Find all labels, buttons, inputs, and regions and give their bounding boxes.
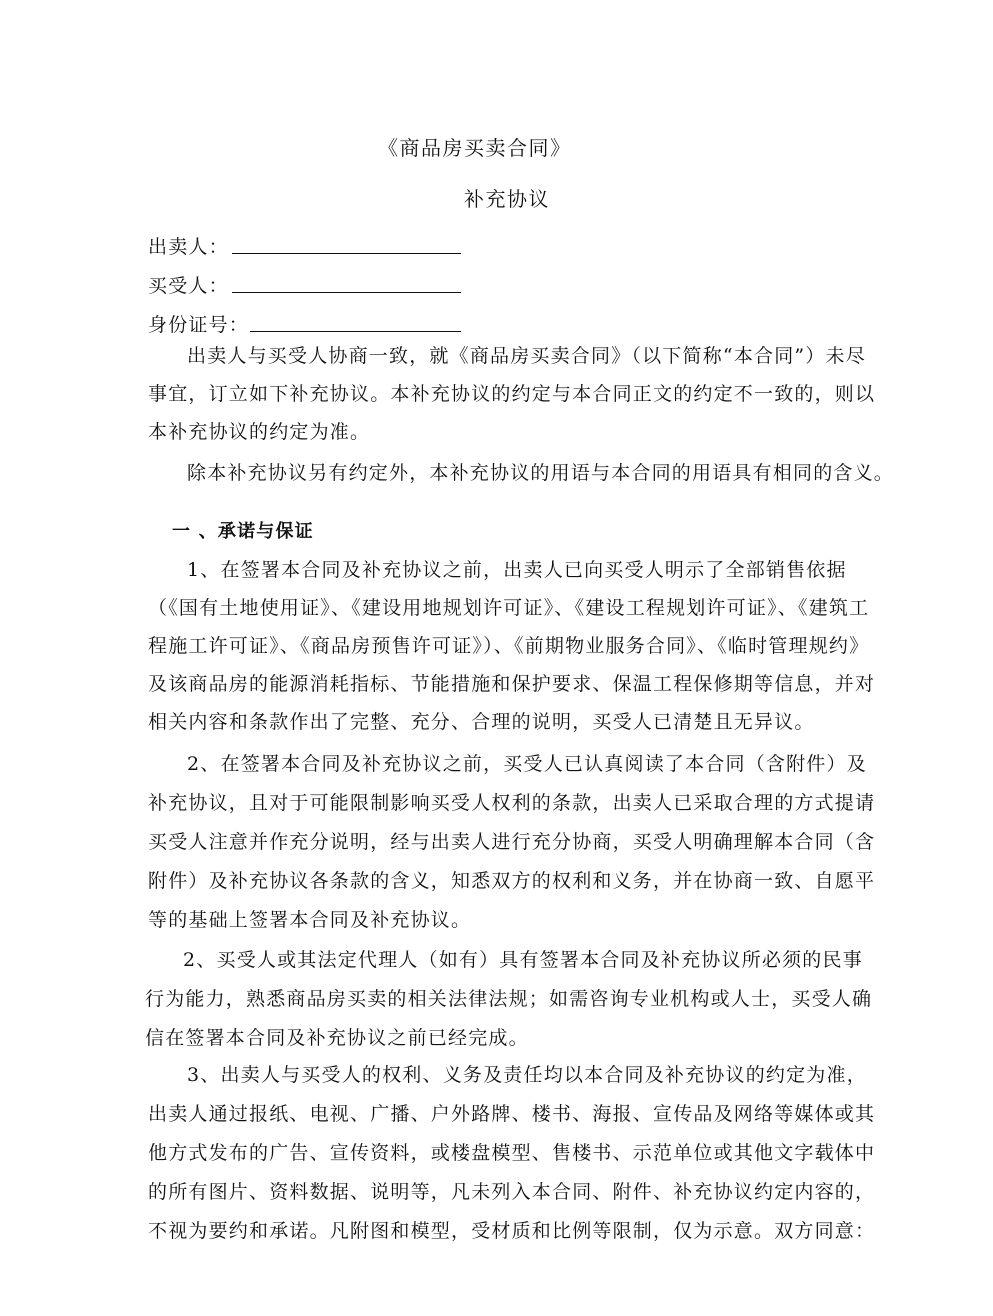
clause-line: 行为能力，熟悉商品房买卖的相关法律法规；如需咨询专业机构或人士，买受人确: [145, 987, 872, 1011]
preamble-line: 事宜，订立如下补充协议。本补充协议的约定与本合同正文的约定不一致的，则以: [148, 382, 875, 406]
clause-line: 信在签署本合同及补充协议之前已经完成。: [145, 1026, 529, 1050]
document-title: 《商品房买卖合同》: [378, 136, 572, 160]
clause-line: 3、出卖人与买受人的权利、义务及责任均以本合同及补充协议的约定为准，: [187, 1063, 867, 1087]
clause-line: 不视为要约和承诺。凡附图和模型，受材质和比例等限制，仅为示意。双方同意：: [148, 1219, 875, 1243]
id-number-field[interactable]: [250, 331, 461, 332]
clause-line: 2、在签署本合同及补充协议之前，买受人已认真阅读了本合同（含附件）及: [187, 752, 867, 776]
seller-label: 出卖人：: [148, 235, 229, 259]
buyer-field[interactable]: [232, 292, 461, 293]
clause-line: 2、买受人或其法定代理人（如有）具有签署本合同及补充协议所必须的民事: [183, 948, 863, 972]
clause-line: 买受人注意并作充分说明，经与出卖人进行充分协商，买受人明确理解本合同（含: [148, 830, 875, 854]
clause-line: 补充协议，且对于可能限制影响买受人权利的条款，出卖人已采取合理的方式提请: [148, 791, 875, 815]
section-heading: 一 、承诺与保证: [172, 520, 314, 544]
clause-line: 出卖人通过报纸、电视、广播、户外路牌、楼书、海报、宣传品及网络等媒体或其: [148, 1102, 875, 1126]
clause-line: 等的基础上签署本合同及补充协议。: [148, 908, 471, 932]
clause-line: 程施工许可证》、《商品房预售许可证》）、《前期物业服务合同》、《临时管理规约》: [148, 634, 869, 658]
buyer-label: 买受人：: [148, 274, 229, 298]
clause-line: 附件）及补充协议各条款的含义，知悉双方的权利和义务，并在协商一致、自愿平: [148, 869, 875, 893]
clause-line: （《国有土地使用证》、《建设用地规划许可证》、《建设工程规划许可证》、《建筑工: [148, 596, 869, 620]
clause-line: 的所有图片、资料数据、说明等，凡未列入本合同、附件、补充协议约定内容的，: [148, 1180, 875, 1204]
clause-line: 1、在签署本合同及补充协议之前，出卖人已向买受人明示了全部销售依据: [187, 558, 847, 582]
clause-line: 他方式发布的广告、宣传资料，或楼盘模型、售楼书、示范单位或其他文字载体中: [148, 1141, 875, 1165]
clause-line: 及该商品房的能源消耗指标、节能措施和保护要求、保温工程保修期等信息，并对: [148, 672, 875, 696]
clause-line: 相关内容和条款作出了完整、充分、合理的说明，买受人已清楚且无异议。: [148, 710, 815, 734]
seller-field[interactable]: [232, 253, 461, 254]
preamble-line: 除本补充协议另有约定外，本补充协议的用语与本合同的用语具有相同的含义。: [187, 461, 894, 485]
preamble-line: 出卖人与买受人协商一致，就《商品房买卖合同》（以下简称“本合同”）未尽: [187, 344, 866, 368]
id-number-label: 身份证号：: [148, 313, 249, 337]
document-subtitle: 补充协议: [464, 187, 550, 211]
preamble-line: 本补充协议的约定为准。: [148, 420, 370, 444]
